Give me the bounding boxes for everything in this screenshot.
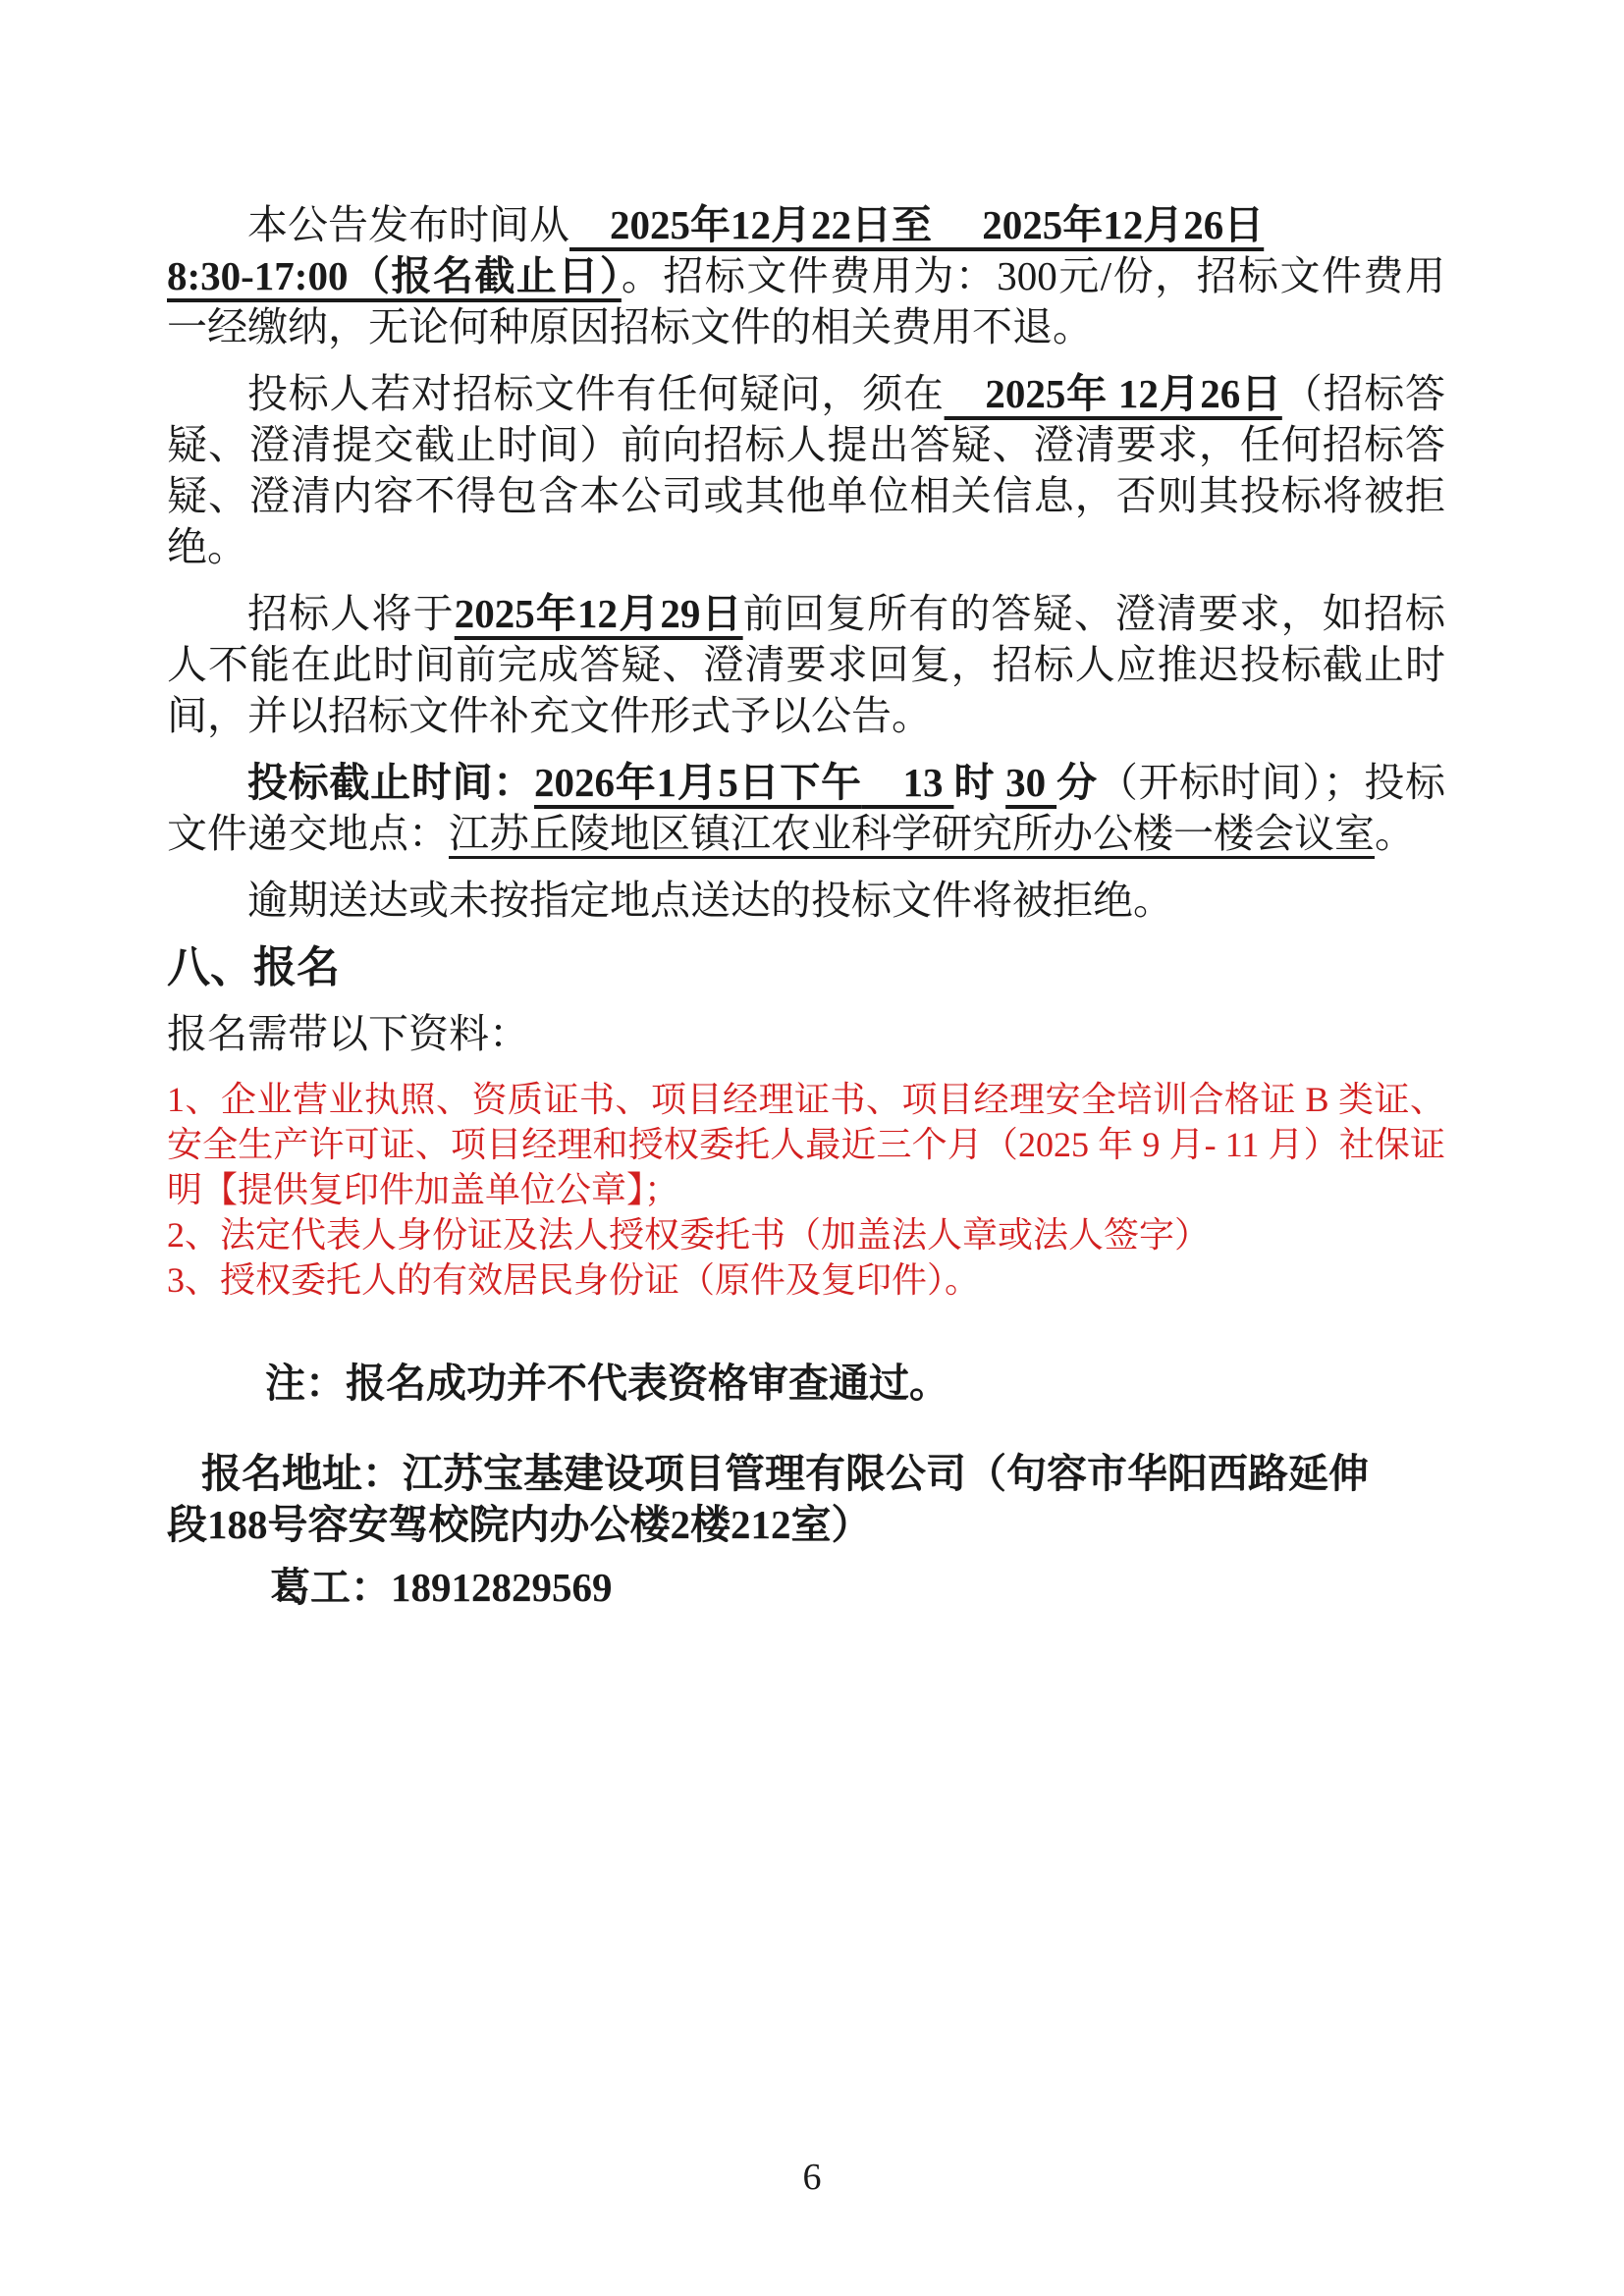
paragraph-bid-deadline: 投标截止时间：2026年1月5日下午 13 时 30 分（开标时间）；投标文件递… <box>167 757 1445 859</box>
bid-deadline-label: 投标截止时间： <box>247 760 534 805</box>
document-body: 本公告发布时间从 2025年12月22日至 2025年12月26日 8:30-1… <box>167 199 1445 1613</box>
paragraph-late-delivery: 逾期送达或未按指定地点送达的投标文件将被拒绝。 <box>167 875 1445 926</box>
registration-materials-list: 1、企业营业执照、资质证书、项目经理证书、项目经理安全培训合格证 B 类证、安全… <box>167 1077 1445 1303</box>
section-heading-registration: 八、报名 <box>167 941 1445 994</box>
paragraph-reply-deadline: 招标人将于2025年12月29日前回复所有的答疑、澄清要求，如招标人不能在此时间… <box>167 588 1445 741</box>
registration-note: 注：报名成功并不代表资格审查通过。 <box>167 1358 1445 1409</box>
page-number: 6 <box>0 2156 1624 2199</box>
bid-deadline-hour: 13 <box>862 760 954 805</box>
registration-materials-intro: 报名需带以下资料： <box>167 1008 1445 1059</box>
document-page: 本公告发布时间从 2025年12月22日至 2025年12月26日 8:30-1… <box>0 0 1624 2296</box>
bid-open-note: （开标时间）； <box>1098 760 1364 805</box>
contact-phone: 葛工：18912829569 <box>167 1562 1445 1613</box>
registration-address: 报名地址：江苏宝基建设项目管理有限公司（句容市华阳西路延伸 段188号容安驾校院… <box>167 1448 1445 1550</box>
registration-address-line2: 段188号容安驾校院内办公楼2楼212室） <box>167 1502 872 1547</box>
reply-date: 2025年12月29日 <box>455 591 743 636</box>
material-item-3: 3、授权委托人的有效居民身份证（原件及复印件）。 <box>167 1257 1445 1303</box>
venue-value: 江苏丘陵地区镇江农业科学研究所办公楼一楼会议室 <box>449 811 1375 856</box>
venue-period: 。 <box>1375 811 1415 856</box>
registration-address-line1: 报名地址：江苏宝基建设项目管理有限公司（句容市华阳西路延伸 <box>201 1451 1369 1496</box>
bid-deadline-minute: 30 <box>1005 760 1056 805</box>
clarification-date: 2025年 12月26日 <box>945 371 1282 416</box>
material-item-2: 2、法定代表人身份证及法人授权委托书（加盖法人章或法人签字） <box>167 1212 1445 1257</box>
bid-deadline-minute-unit: 分 <box>1056 760 1098 805</box>
bid-deadline-hour-unit: 时 <box>953 760 1005 805</box>
bid-deadline-date: 2026年1月5日下午 <box>534 760 862 805</box>
announcement-date-range: 2025年12月22日至 2025年12月26日 <box>569 202 1264 247</box>
paragraph-clarification-deadline: 投标人若对招标文件有任何疑问，须在 2025年 12月26日（招标答疑、澄清提交… <box>167 368 1445 572</box>
paragraph-announcement-period: 本公告发布时间从 2025年12月22日至 2025年12月26日 8:30-1… <box>167 199 1445 352</box>
reply-lead: 招标人将于 <box>247 591 455 636</box>
announcement-period-lead: 本公告发布时间从 <box>247 202 569 247</box>
material-item-1: 1、企业营业执照、资质证书、项目经理证书、项目经理安全培训合格证 B 类证、安全… <box>167 1077 1445 1212</box>
clarification-lead: 投标人若对招标文件有任何疑问，须在 <box>247 371 945 416</box>
announcement-time-range: 8:30-17:00（报名截止日） <box>167 253 622 298</box>
